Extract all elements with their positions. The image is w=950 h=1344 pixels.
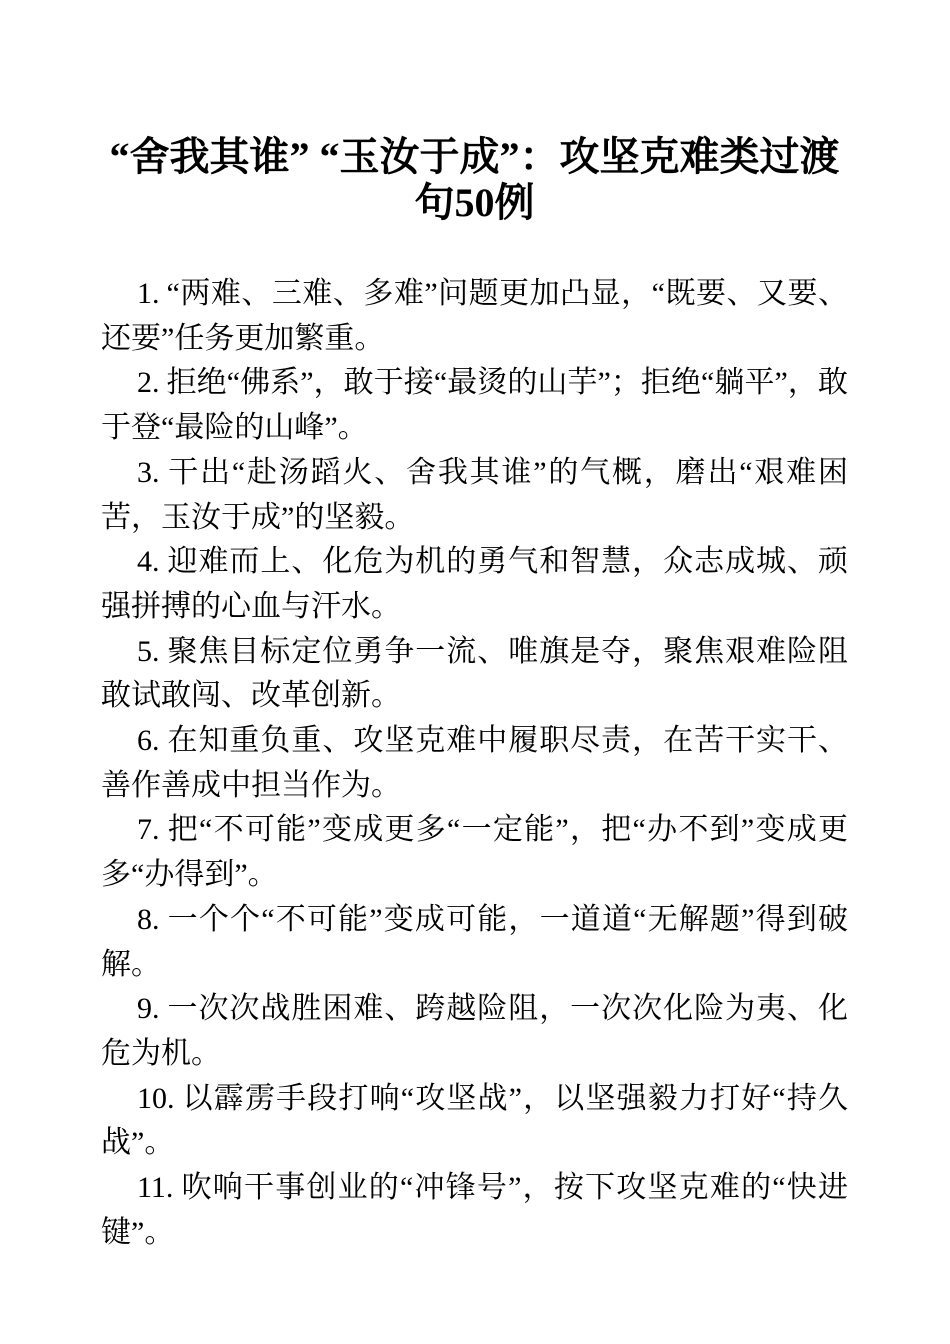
item-number: 6. [137,724,160,757]
list-item-9: 9.一次次战胜困难、跨越险阻，一次次化险为夷、化危为机。 [101,987,848,1076]
item-number: 1. [137,277,160,310]
list-item-6: 6.在知重负重、攻坚克难中履职尽责，在苦干实干、善作善成中担当作为。 [101,719,848,808]
item-text: 拒绝“佛系”，敢于接“最烫的山芋”；拒绝“躺平”，敢于登“最险的山峰”。 [101,366,848,444]
document-title: “舍我其谁” “玉汝于成”：攻坚克难类过渡句50例 [101,134,848,226]
item-text: 在知重负重、攻坚克难中履职尽责，在苦干实干、善作善成中担当作为。 [101,724,848,802]
document-body: 1.“两难、三难、多难”问题更加凸显，“既要、又要、还要”任务更加繁重。 2.拒… [101,272,848,1255]
list-item-10: 10.以霹雳手段打响“攻坚战”，以坚强毅力打好“持久战”。 [101,1077,848,1166]
list-item-1: 1.“两难、三难、多难”问题更加凸显，“既要、又要、还要”任务更加繁重。 [101,272,848,361]
item-number: 7. [137,813,160,846]
item-text: 把“不可能”变成更多“一定能”，把“办不到”变成更多“办得到”。 [101,813,848,891]
item-number: 4. [137,545,160,578]
item-number: 9. [137,992,160,1025]
title-line-2: 句50例 [415,180,535,225]
item-text: 以霹雳手段打响“攻坚战”，以坚强毅力打好“持久战”。 [101,1082,848,1160]
list-item-11: 11.吹响干事创业的“冲锋号”，按下攻坚克难的“快进键”。 [101,1166,848,1255]
item-number: 11. [137,1171,173,1204]
item-text: 一次次战胜困难、跨越险阻，一次次化险为夷、化危为机。 [101,992,848,1070]
document-page: “舍我其谁” “玉汝于成”：攻坚克难类过渡句50例 1.“两难、三难、多难”问题… [0,0,950,1344]
item-number: 3. [137,456,160,489]
list-item-5: 5.聚焦目标定位勇争一流、唯旗是夺，聚焦艰难险阻敢试敢闯、改革创新。 [101,630,848,719]
item-text: 吹响干事创业的“冲锋号”，按下攻坚克难的“快进键”。 [101,1171,848,1249]
item-text: 聚焦目标定位勇争一流、唯旗是夺，聚焦艰难险阻敢试敢闯、改革创新。 [101,635,848,713]
item-number: 5. [137,635,160,668]
item-text: “两难、三难、多难”问题更加凸显，“既要、又要、还要”任务更加繁重。 [101,277,848,355]
title-line-1: “舍我其谁” “玉汝于成”：攻坚克难类过渡 [110,134,840,179]
item-number: 2. [137,366,160,399]
list-item-2: 2.拒绝“佛系”，敢于接“最烫的山芋”；拒绝“躺平”，敢于登“最险的山峰”。 [101,361,848,450]
list-item-4: 4.迎难而上、化危为机的勇气和智慧，众志成城、顽强拼搏的心血与汗水。 [101,540,848,629]
item-text: 一个个“不可能”变成可能，一道道“无解题”得到破解。 [101,903,848,981]
item-number: 10. [137,1082,175,1115]
item-number: 8. [137,903,160,936]
list-item-7: 7.把“不可能”变成更多“一定能”，把“办不到”变成更多“办得到”。 [101,808,848,897]
list-item-8: 8.一个个“不可能”变成可能，一道道“无解题”得到破解。 [101,898,848,987]
item-text: 迎难而上、化危为机的勇气和智慧，众志成城、顽强拼搏的心血与汗水。 [101,545,848,623]
item-text: 干出“赴汤蹈火、舍我其谁”的气概，磨出“艰难困苦，玉汝于成”的坚毅。 [101,456,848,534]
list-item-3: 3.干出“赴汤蹈火、舍我其谁”的气概，磨出“艰难困苦，玉汝于成”的坚毅。 [101,451,848,540]
